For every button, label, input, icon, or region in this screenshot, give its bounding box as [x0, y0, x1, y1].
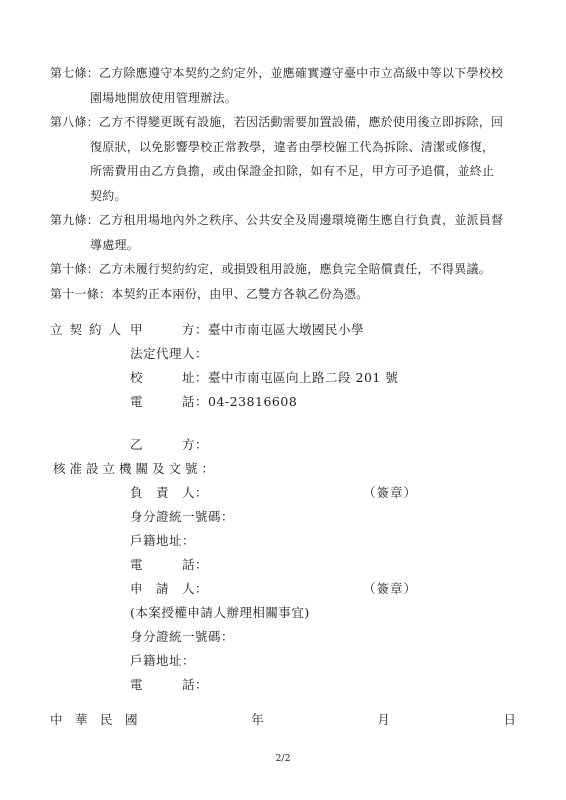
- school-address-value: 臺中市南屯區向上路二段 201 號: [208, 370, 398, 385]
- approval-authority-row: 核准設立機關及文號：: [0, 457, 566, 481]
- school-address-label: 校 址：: [130, 370, 208, 385]
- month-label: 月: [377, 708, 390, 732]
- legal-rep-row: 法定代理人：: [0, 342, 566, 366]
- principal-row: 負 責 人： （簽章）: [0, 481, 566, 505]
- year-label: 年: [251, 708, 264, 732]
- applicant-phone-row: 電 話：: [0, 673, 566, 697]
- school-address-row: 校 址：臺中市南屯區向上路二段 201 號: [0, 366, 566, 390]
- clause-9-line-1: 第九條：乙方租用場地內外之秩序、公共安全及周邊環境衛生應自行負責，並派員督: [50, 208, 528, 233]
- principal-seal-label: （簽章）: [363, 481, 417, 505]
- school-phone-label: 電 話：: [130, 394, 208, 409]
- parties-section: 立契約人 甲 方：臺中市南屯區大墩國民小學 法定代理人： 校 址：臺中市南屯區向…: [0, 318, 566, 697]
- school-phone-value: 04-23816608: [208, 394, 297, 409]
- clauses-section: 第七條：乙方除應遵守本契約之約定外，並應確實遵守臺中市立高級中等以下學校校 園場…: [50, 61, 528, 306]
- principal-address-row: 戶籍地址：: [0, 529, 566, 553]
- applicant-seal-label: （簽章）: [363, 577, 417, 601]
- clause-8-line-1: 第八條：乙方不得變更既有設施，若因活動需要加置設備，應於使用後立即拆除，回: [50, 110, 528, 135]
- authorization-note-row: (本案授權申請人辦理相關事宜): [0, 601, 566, 625]
- contract-document-page: 第七條：乙方除應遵守本契約之約定外，並應確實遵守臺中市立高級中等以下學校校 園場…: [0, 0, 566, 800]
- applicant-address-row: 戶籍地址：: [0, 649, 566, 673]
- applicant-row: 申 請 人： （簽章）: [0, 577, 566, 601]
- principal-label: 負 責 人：: [130, 485, 208, 500]
- applicant-id-row: 身分證統一號碼：: [0, 625, 566, 649]
- roc-date-line: 中 華 民 國 年 月 日: [50, 708, 516, 732]
- principal-id-row: 身分證統一號碼：: [0, 505, 566, 529]
- day-label: 日: [503, 708, 516, 732]
- party-a-label: 甲 方：: [130, 322, 208, 337]
- party-b-row: 乙 方：: [0, 433, 566, 457]
- school-phone-row: 電 話：04-23816608: [0, 390, 566, 414]
- clause-9-line-2: 導處理。: [50, 233, 528, 258]
- clause-10-line: 第十條：乙方未履行契約約定，或損毀租用設施，應負完全賠償責任，不得異議。: [50, 257, 528, 282]
- clause-8-line-2: 復原狀，以免影響學校正常教學，違者由學校僱工代為拆除、清潔或修復，: [50, 135, 528, 160]
- principal-phone-row: 電 話：: [0, 553, 566, 577]
- clause-7-line-1: 第七條：乙方除應遵守本契約之約定外，並應確實遵守臺中市立高級中等以下學校校: [50, 61, 528, 86]
- clause-8-line-4: 契約。: [50, 184, 528, 209]
- roc-era-label: 中 華 民 國: [50, 708, 138, 732]
- party-a-row: 立契約人 甲 方：臺中市南屯區大墩國民小學: [0, 318, 566, 342]
- clause-8-line-3: 所需費用由乙方負擔，或由保證金扣除，如有不足，甲方可予追償，並終止: [50, 159, 528, 184]
- clause-7-line-2: 園場地開放使用管理辦法。: [50, 86, 528, 111]
- clause-11-line: 第十一條：本契約正本兩份，由甲、乙雙方各執乙份為憑。: [50, 282, 528, 307]
- page-number: 2/2: [0, 753, 566, 764]
- applicant-label: 申 請 人：: [130, 581, 208, 596]
- contractor-label: 立契約人: [50, 318, 128, 342]
- party-a-value: 臺中市南屯區大墩國民小學: [208, 322, 364, 337]
